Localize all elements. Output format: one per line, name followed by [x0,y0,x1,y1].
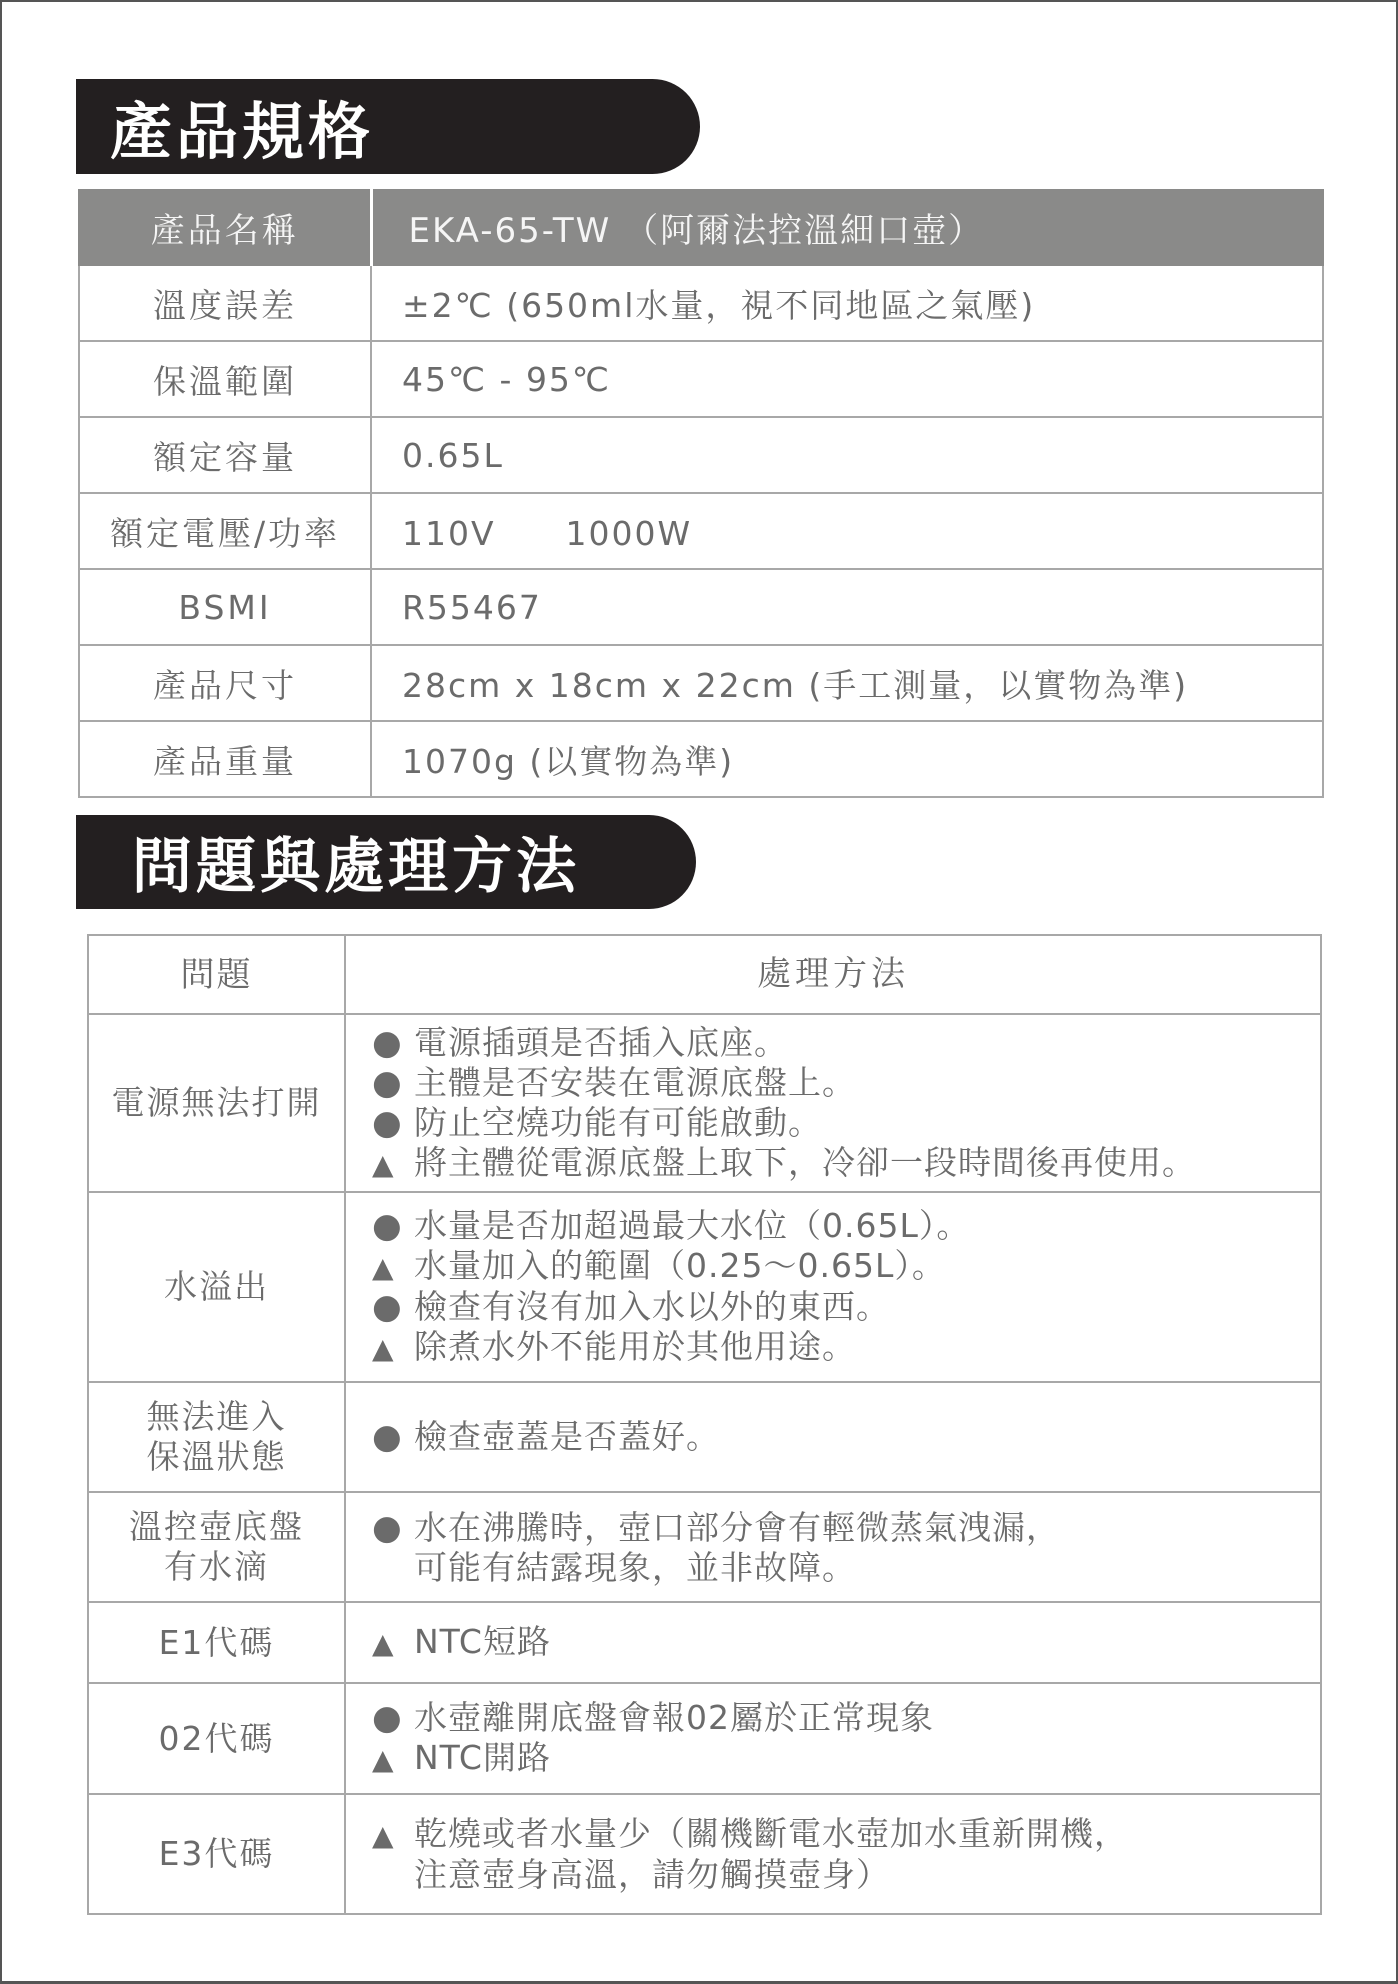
spec-label: 產品名稱 [79,190,371,265]
solution-line: ●水在沸騰時，壺口部分會有輕微蒸氣洩漏， [372,1508,1320,1548]
spec-label: 產品尺寸 [79,645,371,721]
solution-header: 處理方法 [345,935,1321,1014]
troubleshooting-table: 問題 處理方法 電源無法打開 ●電源插頭是否插入底座。 ●主體是否安裝在電源底盤… [87,934,1322,1915]
solution-cell: ●電源插頭是否插入底座。 ●主體是否安裝在電源底盤上。 ●防止空燒功能有可能啟動… [345,1014,1321,1192]
spec-label: 額定容量 [79,417,371,493]
solution-text: 檢查有沒有加入水以外的東西。 [414,1287,890,1326]
solution-line: ●防止空燒功能有可能啟動。 [372,1103,1320,1143]
circle-bullet-icon: ● [372,1024,414,1063]
solution-text: 水量是否加超過最大水位（0.65L）。 [414,1206,970,1245]
solution-line: ●檢查壺蓋是否蓋好。 [372,1417,1320,1457]
triangle-bullet-icon: ▲ [372,1145,414,1184]
circle-bullet-icon: ● [372,1064,414,1103]
spec-value: 110V 1000W [371,493,1323,569]
solution-line: ▲NTC開路 [372,1738,1320,1779]
triangle-bullet-icon: ▲ [372,1740,414,1779]
trouble-row: E1代碼 ▲NTC短路 [88,1602,1321,1683]
trouble-row: 溫控壺底盤 有水滴 ●水在沸騰時，壺口部分會有輕微蒸氣洩漏， 可能有結露現象，並… [88,1492,1321,1602]
solution-text: 將主體從電源底盤上取下，冷卻一段時間後再使用。 [414,1143,1196,1182]
spec-value: EKA-65-TW （阿爾法控溫細口壺） [371,190,1323,265]
problem-text: 有水滴 [89,1547,344,1587]
spec-value: 28cm x 18cm x 22cm (手工測量，以實物為準) [371,645,1323,721]
solution-text: 除煮水外不能用於其他用途。 [414,1327,856,1366]
solution-cell: ●檢查壺蓋是否蓋好。 [345,1382,1321,1492]
spec-row: 額定容量 0.65L [79,417,1323,493]
spec-table: 產品名稱 EKA-65-TW （阿爾法控溫細口壺） 溫度誤差 ±2℃ (650m… [78,189,1324,798]
spec-title-text: 產品規格 [110,82,374,171]
solution-line: ▲除煮水外不能用於其他用途。 [372,1327,1320,1368]
solution-text: 主體是否安裝在電源底盤上。 [414,1063,856,1102]
trouble-header-row: 問題 處理方法 [88,935,1321,1014]
solution-text: 防止空燒功能有可能啟動。 [414,1103,822,1142]
spec-label: 溫度誤差 [79,265,371,341]
problem-cell: 溫控壺底盤 有水滴 [88,1492,345,1602]
spec-value: 1070g (以實物為準) [371,721,1323,797]
solution-text: 可能有結露現象，並非故障。 [414,1548,856,1587]
trouble-row: 02代碼 ●水壺離開底盤會報02屬於正常現象 ▲NTC開路 [88,1683,1321,1794]
problem-cell: 02代碼 [88,1683,345,1794]
solution-cell: ●水壺離開底盤會報02屬於正常現象 ▲NTC開路 [345,1683,1321,1794]
triangle-bullet-icon: ▲ [372,1248,414,1287]
spec-label: 保溫範圍 [79,341,371,417]
problem-text: E1代碼 [89,1623,344,1663]
solution-line: ●檢查有沒有加入水以外的東西。 [372,1287,1320,1327]
solution-line: ●主體是否安裝在電源底盤上。 [372,1063,1320,1103]
trouble-row: 水溢出 ●水量是否加超過最大水位（0.65L）。 ▲水量加入的範圍（0.25～0… [88,1192,1321,1382]
solution-line: ▲NTC短路 [372,1622,1320,1663]
spec-section-title: 產品規格 [76,79,700,174]
spec-label: BSMI [79,569,371,645]
problem-cell: 電源無法打開 [88,1014,345,1192]
problem-header: 問題 [88,935,345,1014]
solution-cell: ▲乾燒或者水量少（關機斷電水壺加水重新開機， 注意壺身高溫，請勿觸摸壺身） [345,1794,1321,1914]
problem-cell: E1代碼 [88,1602,345,1683]
circle-bullet-icon: ● [372,1207,414,1246]
triangle-bullet-icon: ▲ [372,1624,414,1663]
spec-row: 溫度誤差 ±2℃ (650ml水量，視不同地區之氣壓) [79,265,1323,341]
trouble-row: 電源無法打開 ●電源插頭是否插入底座。 ●主體是否安裝在電源底盤上。 ●防止空燒… [88,1014,1321,1192]
solution-text: 電源插頭是否插入底座。 [414,1023,788,1062]
solution-line: 可能有結露現象，並非故障。 [372,1548,1320,1587]
spec-label: 額定電壓/功率 [79,493,371,569]
spec-header-row: 產品名稱 EKA-65-TW （阿爾法控溫細口壺） [79,190,1323,265]
problem-text: 電源無法打開 [89,1083,344,1123]
spec-label: 產品重量 [79,721,371,797]
circle-bullet-icon: ● [372,1418,414,1457]
solution-text: NTC短路 [414,1622,551,1661]
trouble-section-title: 問題與處理方法 [76,815,696,909]
spec-row: 額定電壓/功率 110V 1000W [79,493,1323,569]
problem-text: 保溫狀態 [89,1437,344,1477]
spec-row: BSMI R55467 [79,569,1323,645]
solution-cell: ●水量是否加超過最大水位（0.65L）。 ▲水量加入的範圍（0.25～0.65L… [345,1192,1321,1382]
circle-bullet-icon: ● [372,1288,414,1327]
spec-value: 0.65L [371,417,1323,493]
problem-cell: 水溢出 [88,1192,345,1382]
problem-text: 無法進入 [89,1397,344,1437]
spec-value: 45℃ - 95℃ [371,341,1323,417]
spec-value: ±2℃ (650ml水量，視不同地區之氣壓) [371,265,1323,341]
solution-text: 水在沸騰時，壺口部分會有輕微蒸氣洩漏， [414,1508,1060,1547]
circle-bullet-icon: ● [372,1699,414,1738]
solution-text: 乾燒或者水量少（關機斷電水壺加水重新開機， [414,1814,1128,1853]
spec-row: 保溫範圍 45℃ - 95℃ [79,341,1323,417]
solution-line: ●水壺離開底盤會報02屬於正常現象 [372,1698,1320,1738]
solution-text: 檢查壺蓋是否蓋好。 [414,1417,720,1456]
problem-cell: E3代碼 [88,1794,345,1914]
document-page: 產品規格 產品名稱 EKA-65-TW （阿爾法控溫細口壺） 溫度誤差 ±2℃ … [0,0,1398,1984]
solution-line: ▲將主體從電源底盤上取下，冷卻一段時間後再使用。 [372,1143,1320,1184]
solution-text: NTC開路 [414,1738,551,1777]
solution-line: ●電源插頭是否插入底座。 [372,1023,1320,1063]
solution-line: 注意壺身高溫，請勿觸摸壺身） [372,1855,1320,1894]
solution-text: 水壺離開底盤會報02屬於正常現象 [414,1698,934,1737]
problem-text: E3代碼 [89,1834,344,1874]
problem-text: 02代碼 [89,1719,344,1759]
spec-row: 產品尺寸 28cm x 18cm x 22cm (手工測量，以實物為準) [79,645,1323,721]
spec-row: 產品重量 1070g (以實物為準) [79,721,1323,797]
solution-text: 水量加入的範圍（0.25～0.65L）。 [414,1246,946,1285]
trouble-row: 無法進入 保溫狀態 ●檢查壺蓋是否蓋好。 [88,1382,1321,1492]
solution-line: ▲乾燒或者水量少（關機斷電水壺加水重新開機， [372,1814,1320,1855]
circle-bullet-icon: ● [372,1509,414,1548]
problem-text: 水溢出 [89,1267,344,1307]
solution-cell: ●水在沸騰時，壺口部分會有輕微蒸氣洩漏， 可能有結露現象，並非故障。 [345,1492,1321,1602]
solution-line: ●水量是否加超過最大水位（0.65L）。 [372,1206,1320,1246]
solution-cell: ▲NTC短路 [345,1602,1321,1683]
circle-bullet-icon: ● [372,1104,414,1143]
trouble-row: E3代碼 ▲乾燒或者水量少（關機斷電水壺加水重新開機， 注意壺身高溫，請勿觸摸壺… [88,1794,1321,1914]
solution-line: ▲水量加入的範圍（0.25～0.65L）。 [372,1246,1320,1287]
spec-value: R55467 [371,569,1323,645]
triangle-bullet-icon: ▲ [372,1816,414,1855]
solution-text: 注意壺身高溫，請勿觸摸壺身） [414,1855,890,1894]
problem-cell: 無法進入 保溫狀態 [88,1382,345,1492]
triangle-bullet-icon: ▲ [372,1329,414,1368]
trouble-title-text: 問題與處理方法 [132,819,580,905]
problem-text: 溫控壺底盤 [89,1507,344,1547]
